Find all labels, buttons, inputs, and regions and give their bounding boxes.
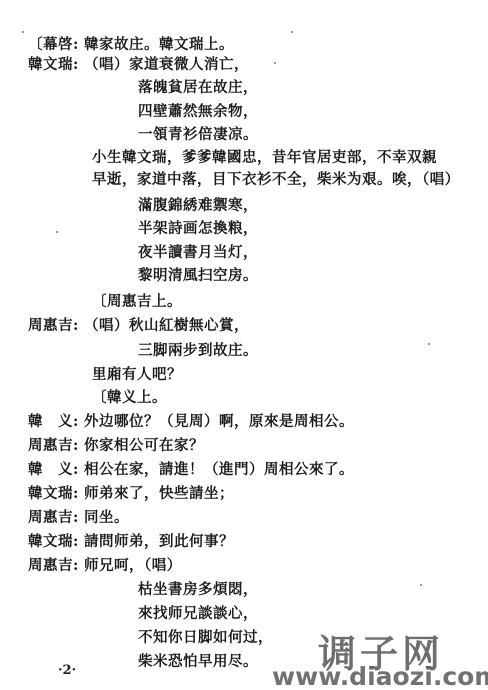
script-line: 早逝，家道中落，目下衣衫不全，柴米为艰。唉，（唱）	[92, 170, 460, 190]
script-line: 〔韓义上。	[92, 388, 167, 408]
speaker-label: 周惠吉:	[28, 508, 84, 528]
script-line: 周惠吉:你家相公可在家？	[28, 436, 204, 456]
script-line: 枯坐書房多煩悶，	[138, 580, 258, 600]
script-page: 〔幕啓:韓家故庄。韓文瑞上。韓文瑞:（唱）家道衰微人消亡，落魄貧居在故庄，四壁蕭…	[0, 0, 488, 690]
script-line: 韓 义:相公在家，請進！（進門）周相公來了。	[28, 460, 354, 480]
script-line: 里廂有人吧？	[92, 365, 182, 385]
watermark-url: www.diaozi.com	[272, 662, 488, 690]
script-line: 半架詩画怎換粮，	[138, 219, 258, 239]
script-line: 小生韓文瑞，爹爹韓國忠，昔年官居吏部，不幸双親	[92, 148, 437, 168]
scan-speck	[56, 231, 58, 233]
script-line: 柴米恐怕早用尽。	[138, 652, 258, 672]
line-text: 师兄呵，（唱）	[84, 557, 182, 574]
speaker-label: 韓文瑞:	[28, 484, 84, 504]
line-text: 韓家故庄。韓文瑞上。	[84, 36, 234, 53]
speaker-label: 韓文瑞:	[28, 55, 84, 75]
scan-speck	[274, 62, 276, 64]
script-line: 韓文瑞:师弟來了，快些請坐；	[28, 484, 234, 504]
speaker-label: 韓 义:	[28, 412, 84, 432]
scan-speck	[428, 343, 430, 345]
speaker-label: 〔幕啓:	[28, 35, 84, 55]
line-text: 請問师弟，到此何事？	[84, 533, 234, 550]
speaker-label: 周惠吉:	[28, 316, 84, 336]
speaker-label: 韓 义:	[28, 460, 84, 480]
script-line: 韓文瑞:（唱）家道衰微人消亡，	[28, 55, 249, 75]
script-line: 周惠吉:（唱）秋山紅樹無心賞，	[28, 316, 249, 336]
script-line: 來找师兄談談心，	[138, 604, 258, 624]
line-text: 相公在家，請進！（進門）周相公來了。	[84, 461, 354, 478]
script-line: 不知你日脚如何过，	[138, 628, 273, 648]
script-line: 〔周惠吉上。	[92, 292, 182, 312]
script-line: 夜半讀書月当灯，	[138, 243, 258, 263]
script-line: 滿腹錦綉难禦寒，	[138, 196, 258, 216]
script-line: 落魄貧居在故庄，	[138, 78, 258, 98]
script-line: 韓 义:外边哪位？（見周）啊，原來是周相公。	[28, 412, 354, 432]
script-line: 黎明清風扫空房。	[138, 266, 258, 286]
speaker-label: 韓文瑞:	[28, 532, 84, 552]
scan-speck	[420, 584, 422, 586]
speaker-label: 周惠吉:	[28, 556, 84, 576]
script-line: 韓文瑞:請問师弟，到此何事？	[28, 532, 234, 552]
script-line: 四壁蕭然無余物，	[138, 102, 258, 122]
line-text: 师弟來了，快些請坐；	[84, 485, 234, 502]
line-text: 你家相公可在家？	[84, 437, 204, 454]
script-line: 〔幕啓:韓家故庄。韓文瑞上。	[28, 35, 234, 55]
scan-speck	[22, 31, 24, 33]
line-text: （唱）秋山紅樹無心賞，	[84, 317, 249, 334]
script-line: 周惠吉:同坐。	[28, 508, 129, 528]
line-text: 同坐。	[84, 509, 129, 526]
page-number: ·2·	[58, 663, 76, 678]
line-text: （唱）家道衰微人消亡，	[84, 56, 249, 73]
line-text: 外边哪位？（見周）啊，原來是周相公。	[84, 413, 354, 430]
scan-speck	[291, 31, 293, 33]
script-line: 周惠吉:师兄呵，（唱）	[28, 556, 182, 576]
script-line: 一領青衫倍凄凉。	[138, 125, 258, 145]
speaker-label: 周惠吉:	[28, 436, 84, 456]
script-line: 三脚兩步到故庄。	[138, 341, 258, 361]
